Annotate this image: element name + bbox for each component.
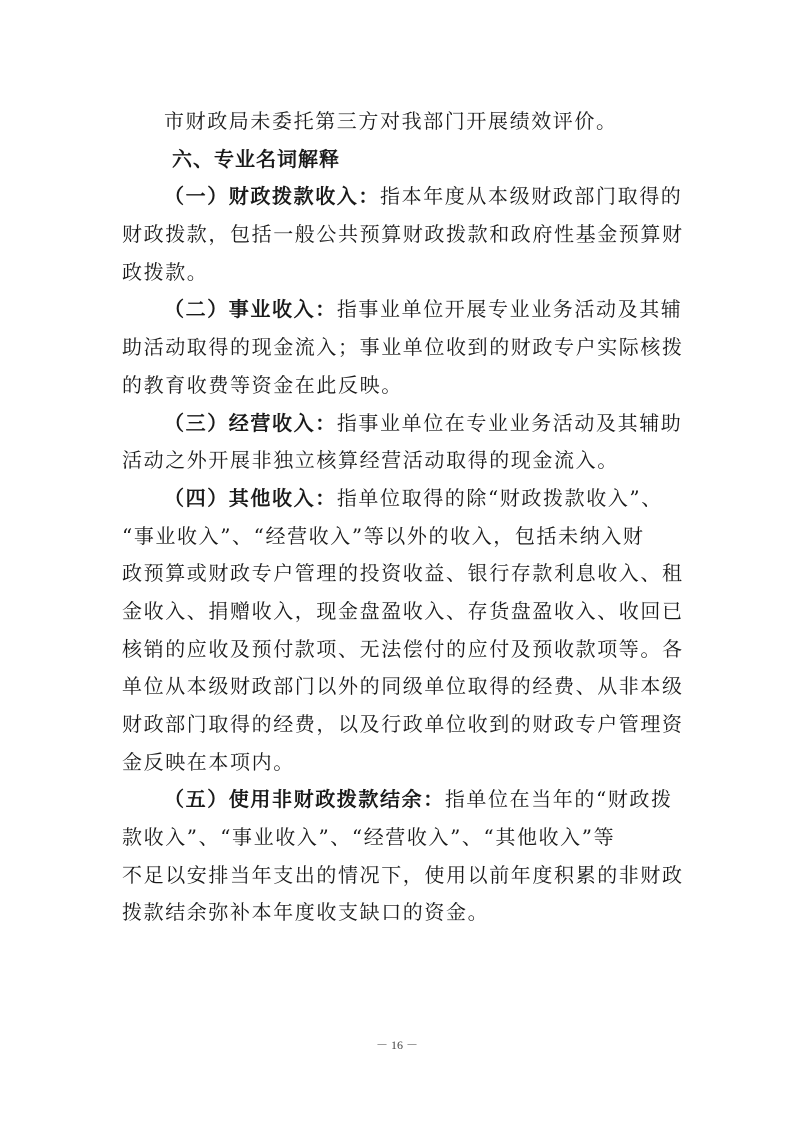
definition-text: 拨款结余弥补本年度收支缺口的资金。 bbox=[122, 894, 674, 932]
definition-term: （五）使用非财政拨款结余： bbox=[164, 787, 445, 811]
page-number: － 16 － bbox=[0, 1036, 794, 1053]
definition-term: （三）经营收入： bbox=[164, 411, 337, 435]
definition-other-income: （四）其他收入：指单位取得的除“财政拨款收入”、 “事业收入”、“经营收入”等以… bbox=[122, 480, 674, 782]
definition-text: 金收入、捐赠收入，现金盘盈收入、存货盘盈收入、收回已 bbox=[122, 593, 674, 631]
intro-paragraph: 市财政局未委托第三方对我部门开展绩效评价。 bbox=[122, 103, 674, 141]
definition-text: 助活动取得的现金流入；事业单位收到的财政专户实际核拨 bbox=[122, 329, 674, 367]
definition-text: “事业收入”、“经营收入”等以外的收入，包括未纳入财 bbox=[122, 518, 674, 556]
definition-text: 财政部门取得的经费，以及行政单位收到的财政专户管理资 bbox=[122, 706, 674, 744]
document-page: 市财政局未委托第三方对我部门开展绩效评价。 六、专业名词解释 （一）财政拨款收入… bbox=[0, 0, 794, 1123]
definition-text: 政拨款。 bbox=[122, 254, 674, 292]
definition-text: 核销的应收及预付款项、无法偿付的应付及预收款项等。各 bbox=[122, 631, 674, 669]
definition-text: 指单位取得的除“财政拨款收入”、 bbox=[337, 486, 663, 510]
definition-term: （四）其他收入： bbox=[164, 486, 337, 510]
definition-term: （二）事业收入： bbox=[164, 297, 337, 321]
document-body: 市财政局未委托第三方对我部门开展绩效评价。 六、专业名词解释 （一）财政拨款收入… bbox=[122, 103, 674, 932]
definition-text: 活动之外开展非独立核算经营活动取得的现金流入。 bbox=[122, 442, 674, 480]
definition-text: 财政拨款，包括一般公共预算财政拨款和政府性基金预算财 bbox=[122, 216, 674, 254]
definition-text: 的教育收费等资金在此反映。 bbox=[122, 367, 674, 405]
definition-term: （一）财政拨款收入： bbox=[164, 184, 380, 208]
definition-text: 政预算或财政专户管理的投资收益、银行存款利息收入、租 bbox=[122, 555, 674, 593]
definition-text: 指事业单位在专业业务活动及其辅助 bbox=[337, 411, 683, 435]
definition-text: 单位从本级财政部门以外的同级单位取得的经费、从非本级 bbox=[122, 668, 674, 706]
definition-text: 指事业单位开展专业业务活动及其辅 bbox=[337, 297, 683, 321]
definition-text: 款收入”、“事业收入”、“经营收入”、“其他收入”等 bbox=[122, 819, 674, 857]
definition-text: 金反映在本项内。 bbox=[122, 744, 674, 782]
definition-business-income: （二）事业收入：指事业单位开展专业业务活动及其辅 助活动取得的现金流入；事业单位… bbox=[122, 291, 674, 404]
definition-financial-appropriation-income: （一）财政拨款收入：指本年度从本级财政部门取得的 财政拨款，包括一般公共预算财政… bbox=[122, 178, 674, 291]
definition-text: 不足以安排当年支出的情况下，使用以前年度积累的非财政 bbox=[122, 857, 674, 895]
definition-operating-income: （三）经营收入：指事业单位在专业业务活动及其辅助 活动之外开展非独立核算经营活动… bbox=[122, 405, 674, 480]
definition-text: 指单位在当年的“财政拨 bbox=[445, 787, 673, 811]
section-heading: 六、专业名词解释 bbox=[122, 141, 674, 179]
definition-text: 指本年度从本级财政部门取得的 bbox=[380, 184, 682, 208]
definition-non-appropriation-balance: （五）使用非财政拨款结余：指单位在当年的“财政拨 款收入”、“事业收入”、“经营… bbox=[122, 781, 674, 932]
